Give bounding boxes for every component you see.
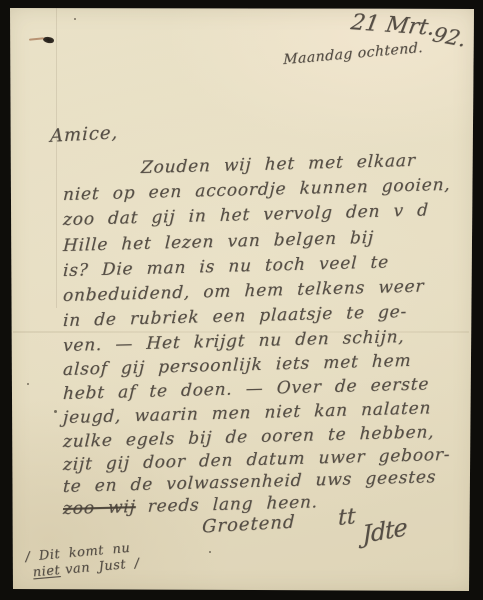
paper-speck: [54, 410, 57, 413]
paper-speck: [27, 383, 29, 385]
paper-speck: [74, 18, 76, 20]
ink-blot: [42, 36, 54, 44]
paper-speck: [209, 551, 211, 553]
closing-tt: tt: [338, 504, 356, 531]
vertical-fold-crease: [56, 8, 57, 308]
struck-text: zoo wij: [63, 497, 137, 519]
letter-paper: 21 Mrt. 92. Maandag ochtend. Amice, Zoud…: [0, 0, 483, 600]
date-weekday: Maandag ochtend.: [283, 40, 423, 68]
ink-blot-tail: [29, 37, 44, 41]
body-line: Zouden wij het met elkaar: [141, 148, 483, 178]
closing-word: Groetend: [202, 512, 296, 538]
letter-photograph: 21 Mrt. 92. Maandag ochtend. Amice, Zoud…: [0, 0, 483, 600]
signature: Jdte: [362, 513, 407, 549]
date-year: 92.: [430, 23, 470, 52]
date-day-month: 21 Mrt.: [349, 10, 437, 41]
body-line: zoo dat gij in het vervolg den v d: [63, 200, 449, 230]
postscript-note: / Dit komt nu nietvan Just /: [25, 540, 140, 582]
salutation: Amice,: [50, 122, 119, 147]
postscript-underlined-word: niet: [32, 563, 61, 580]
